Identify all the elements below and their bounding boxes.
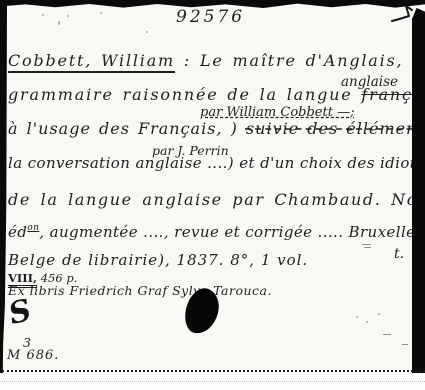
speck xyxy=(378,313,380,315)
speck xyxy=(366,321,368,323)
imprint-line: Belge de librairie), 1837. 8°, 1 vol. xyxy=(8,252,308,269)
title-line-conversation: la conversation anglaise ....) et d'un c… xyxy=(8,155,425,172)
speck xyxy=(356,316,358,318)
struck-elements-text: suivie des élléments de xyxy=(246,119,425,138)
accession-number: 92576 xyxy=(176,8,245,27)
pencil-dash xyxy=(402,344,408,345)
scan-edge-right xyxy=(412,8,425,373)
stamp-letter-s: S xyxy=(8,293,31,332)
pencil-dash xyxy=(364,247,371,248)
grammar-text: grammaire raisonnée de la langue xyxy=(8,85,353,104)
edition-rest: , augmentée ...., revue et corrigée ....… xyxy=(39,223,425,241)
title-line-grammar: grammaire raisonnée de la langue françai… xyxy=(8,86,425,104)
scan-bottom-artifact xyxy=(0,381,425,382)
usage-text: à l'usage des Français, ) xyxy=(8,119,238,138)
shelf-mark: M 686. xyxy=(7,349,59,363)
edition-abbrev: éd xyxy=(8,223,27,241)
ex-libris-note: Ex libris Friedrich Graf Sylva Tarouca. xyxy=(8,284,272,298)
speck xyxy=(42,14,44,16)
author-name: Cobbett, William xyxy=(8,51,175,73)
title-start: : Le maître d'Anglais, ou xyxy=(184,51,425,70)
edition-superscript: on xyxy=(27,223,39,233)
speck xyxy=(58,21,60,25)
title-line-usage: à l'usage des Français, ) suivie des éll… xyxy=(8,120,425,138)
pencil-dash xyxy=(383,334,391,335)
heading-line: Cobbett, William : Le maître d'Anglais, … xyxy=(8,52,425,70)
speck xyxy=(67,15,69,17)
card-bottom-edge xyxy=(2,370,425,372)
annotation-t: t. xyxy=(394,247,404,262)
catalog-card-scan: 92576 Cobbett, William : Le maître d'Ang… xyxy=(0,0,425,390)
title-line-chambaud: de la langue anglaise par Chambaud. Nouv… xyxy=(8,191,425,209)
speck xyxy=(100,12,102,14)
pencil-dash xyxy=(362,244,371,245)
speck xyxy=(146,31,148,33)
edition-line: édon, augmentée ...., revue et corrigée … xyxy=(8,224,425,241)
